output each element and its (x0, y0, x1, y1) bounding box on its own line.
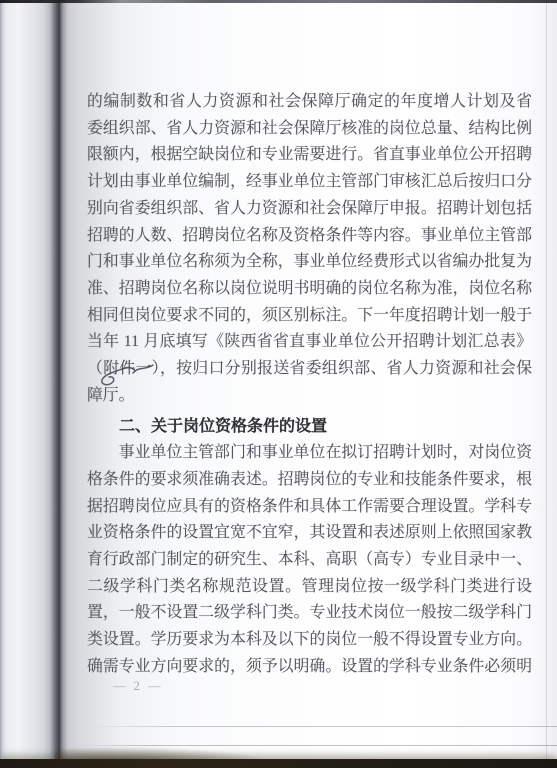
text-line: 门和事业单位名称须为全称，事业单位经费形式以省编办批复为 (87, 249, 532, 276)
text-line: 准、招聘岗位名称以岗位说明书明确的岗位名称为准，岗位名称 (87, 276, 532, 303)
text-line: 类设置。学历要求为本科及以下的岗位一般不得设置专业方向。 (87, 627, 532, 654)
text-line: 事业单位主管部门和事业单位在拟订招聘计划时，对岗位资 (87, 440, 532, 467)
text-line: 置，一般不设置二级学科门类。专业技术岗位一般按二级学科门 (87, 600, 532, 627)
text-line: 计划由事业单位编制，经事业单位主管部门审核汇总后按归口分 (87, 169, 532, 196)
text-line: 据招聘岗位应具有的资格条件和具体工作需要合理设置。学科专 (87, 494, 532, 521)
page-stack-edge-line (85, 726, 557, 727)
text-line: 别向省委组织部、省人力资源和社会保障厅申报。招聘计划包括 (87, 196, 532, 223)
page-number: — 2 — (113, 679, 163, 694)
text-line: 业资格条件的设置宜宽不宜窄，其设置和表述原则上依照国家教 (87, 520, 532, 547)
handwritten-annotation-mark (95, 356, 165, 391)
text-line: 限额内，根据空缺岗位和专业需要进行。省直事业单位公开招聘 (87, 142, 532, 169)
text-line: 格条件的要求须准确表述。招聘岗位的专业和技能条件要求，根 (87, 467, 532, 494)
scanned-document-photo: 的编制数和省人力资源和社会保障厅确定的年度增人计划及省委组织部、省人力资源和社会… (0, 0, 557, 768)
book-spine-crease (50, 0, 68, 768)
document-page: 的编制数和省人力资源和社会保障厅确定的年度增人计划及省委组织部、省人力资源和社会… (60, 0, 557, 768)
text-line: 二级学科门类名称规范设置。管理岗位按一级学科门类进行设 (87, 574, 532, 601)
text-line: 二、关于岗位资格条件的设置 (87, 413, 532, 440)
text-line: 招聘的人数、招聘岗位名称及资格条件等内容。事业单位主管部 (87, 223, 532, 250)
text-line: 委组织部、省人力资源和社会保障厅核准的岗位总量、结构比例 (87, 116, 532, 143)
photo-top-edge (0, 0, 557, 3)
text-line: 相同但岗位要求不同的，须区别标注。下一年度招聘计划一般于 (87, 303, 532, 330)
text-line: 的编制数和省人力资源和社会保障厅确定的年度增人计划及省 (87, 89, 532, 116)
text-line: 确需专业方向要求的，须予以明确。设置的学科专业条件必须明 (87, 654, 532, 681)
page-right-fold-line (546, 0, 547, 768)
text-line: 当年 11 月底填写《陕西省省直事业单位公开招聘计划汇总表》 (87, 329, 532, 356)
photo-bottom-edge (0, 759, 557, 768)
text-line: 育行政部门制定的研究生、本科、高职（高专）专业目录中一、 (87, 547, 532, 574)
page-stack-edge-line (70, 745, 557, 746)
